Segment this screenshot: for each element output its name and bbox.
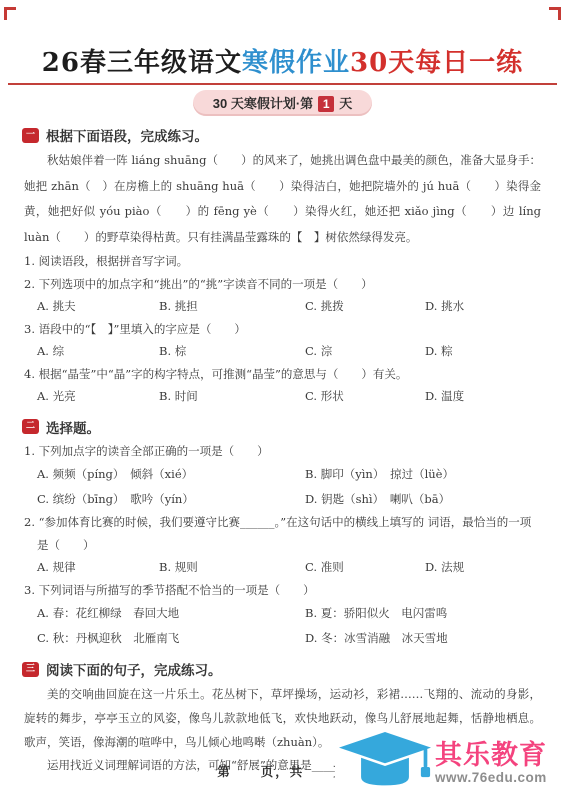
option-b: B. 挑担 <box>159 295 305 318</box>
section-1-number-icon: 一 <box>22 128 39 143</box>
option-c: C. 形状 <box>305 385 425 408</box>
page-title: 26春三年级语文寒假作业30天每日一练 <box>24 42 541 79</box>
option-c: C. 秋：丹枫迎秋 北雁南飞 <box>37 626 305 651</box>
option-row: A. 综 B. 棕 C. 淙 D. 粽 <box>24 340 541 363</box>
option-d: D. 法规 <box>425 556 541 579</box>
title-divider <box>8 83 557 85</box>
option-c: C. 准则 <box>305 556 425 579</box>
plan-suffix: 天 <box>339 96 352 111</box>
option-row: A. 春：花红柳绿 春回大地 B. 夏：骄阳似火 电闪雷鸣 C. 秋：丹枫迎秋 … <box>24 601 541 650</box>
question: 2. “参加体育比赛的时候，我们要遵守比赛______。”在这句话中的横线上填写… <box>24 511 541 556</box>
plan-pill: 30 天寒假计划·第1天 <box>193 90 372 116</box>
option-b: B. 棕 <box>159 340 305 363</box>
title-segment-black: 26春三年级语文 <box>42 48 242 78</box>
option-a: A. 挑夫 <box>37 295 159 318</box>
section-1: 一 根据下面语段，完成练习。 秋姑娘伴着一阵 liáng shuāng（ ）的风… <box>24 125 541 408</box>
corner-mark-top-left-icon <box>4 7 16 20</box>
section-1-title: 根据下面语段，完成练习。 <box>46 125 208 145</box>
section-1-passage: 秋姑娘伴着一阵 liáng shuāng（ ）的风来了，她挑出调色盘中最美的颜色… <box>24 148 541 250</box>
question: 1. 阅读语段，根据拼音写字词。 <box>24 250 541 273</box>
option-b: B. 规则 <box>159 556 305 579</box>
option-a: A. 频频（píng） 倾斜（xié） <box>37 462 305 487</box>
title-segment-blue: 寒假作业 <box>242 48 350 78</box>
worksheet-page: 26春三年级语文寒假作业30天每日一练 30 天寒假计划·第1天 一 根据下面语… <box>0 0 565 777</box>
option-d: D. 温度 <box>425 385 541 408</box>
option-c: C. 缤纷（bīng） 歌吟（yín） <box>37 487 305 512</box>
brand-name: 其乐教育 <box>435 741 547 769</box>
title-segment-red: 30天每日一练 <box>350 48 523 78</box>
graduation-cap-icon <box>339 732 431 794</box>
option-d: D. 挑水 <box>425 295 541 318</box>
option-a: A. 春：花红柳绿 春回大地 <box>37 601 305 626</box>
option-d: D. 钥匙（shì） 喇叭（bā） <box>305 487 541 512</box>
corner-mark-top-right-icon <box>549 7 561 20</box>
question: 3. 语段中的“【 】”里填入的字应是（ ） <box>24 318 541 341</box>
section-3-title: 阅读下面的句子，完成练习。 <box>46 659 222 679</box>
option-row: A. 挑夫 B. 挑担 C. 挑拨 D. 挑水 <box>24 295 541 318</box>
option-c: C. 挑拨 <box>305 295 425 318</box>
question: 4. 根据“晶莹”中“晶”字的构字特点，可推测“晶莹”的意思与（ ）有关。 <box>24 363 541 386</box>
question: 1. 下列加点字的读音全部正确的一项是（ ） <box>24 440 541 463</box>
option-b: B. 时间 <box>159 385 305 408</box>
question: 2. 下列选项中的加点字和“挑出”的“挑”字读音不同的一项是（ ） <box>24 273 541 296</box>
section-3-number-icon: 三 <box>22 662 39 677</box>
option-row: A. 光亮 B. 时间 C. 形状 D. 温度 <box>24 385 541 408</box>
option-a: A. 光亮 <box>37 385 159 408</box>
option-b: B. 夏：骄阳似火 电闪雷鸣 <box>305 601 541 626</box>
option-a: A. 规律 <box>37 556 159 579</box>
brand-site-url: www.76edu.com <box>435 770 547 785</box>
section-2: 二 选择题。 1. 下列加点字的读音全部正确的一项是（ ） A. 频频（píng… <box>24 417 541 651</box>
option-row: A. 频频（píng） 倾斜（xié） B. 脚印（yìn） 掠过（lüè） C… <box>24 462 541 511</box>
day-badge: 1 <box>318 96 334 112</box>
option-row: A. 规律 B. 规则 C. 准则 D. 法规 <box>24 556 541 579</box>
section-2-number-icon: 二 <box>22 419 39 434</box>
option-d: D. 粽 <box>425 340 541 363</box>
plan-prefix: 30 天寒假计划·第 <box>213 96 313 111</box>
option-d: D. 冬：冰雪消融 冰天雪地 <box>305 626 541 651</box>
section-2-title: 选择题。 <box>46 417 100 437</box>
option-b: B. 脚印（yìn） 掠过（lüè） <box>305 462 541 487</box>
brand-logo: 其乐教育 www.76edu.com <box>335 730 551 796</box>
question: 3. 下列词语与所描写的季节搭配不恰当的一项是（ ） <box>24 579 541 602</box>
option-c: C. 淙 <box>305 340 425 363</box>
option-a: A. 综 <box>37 340 159 363</box>
